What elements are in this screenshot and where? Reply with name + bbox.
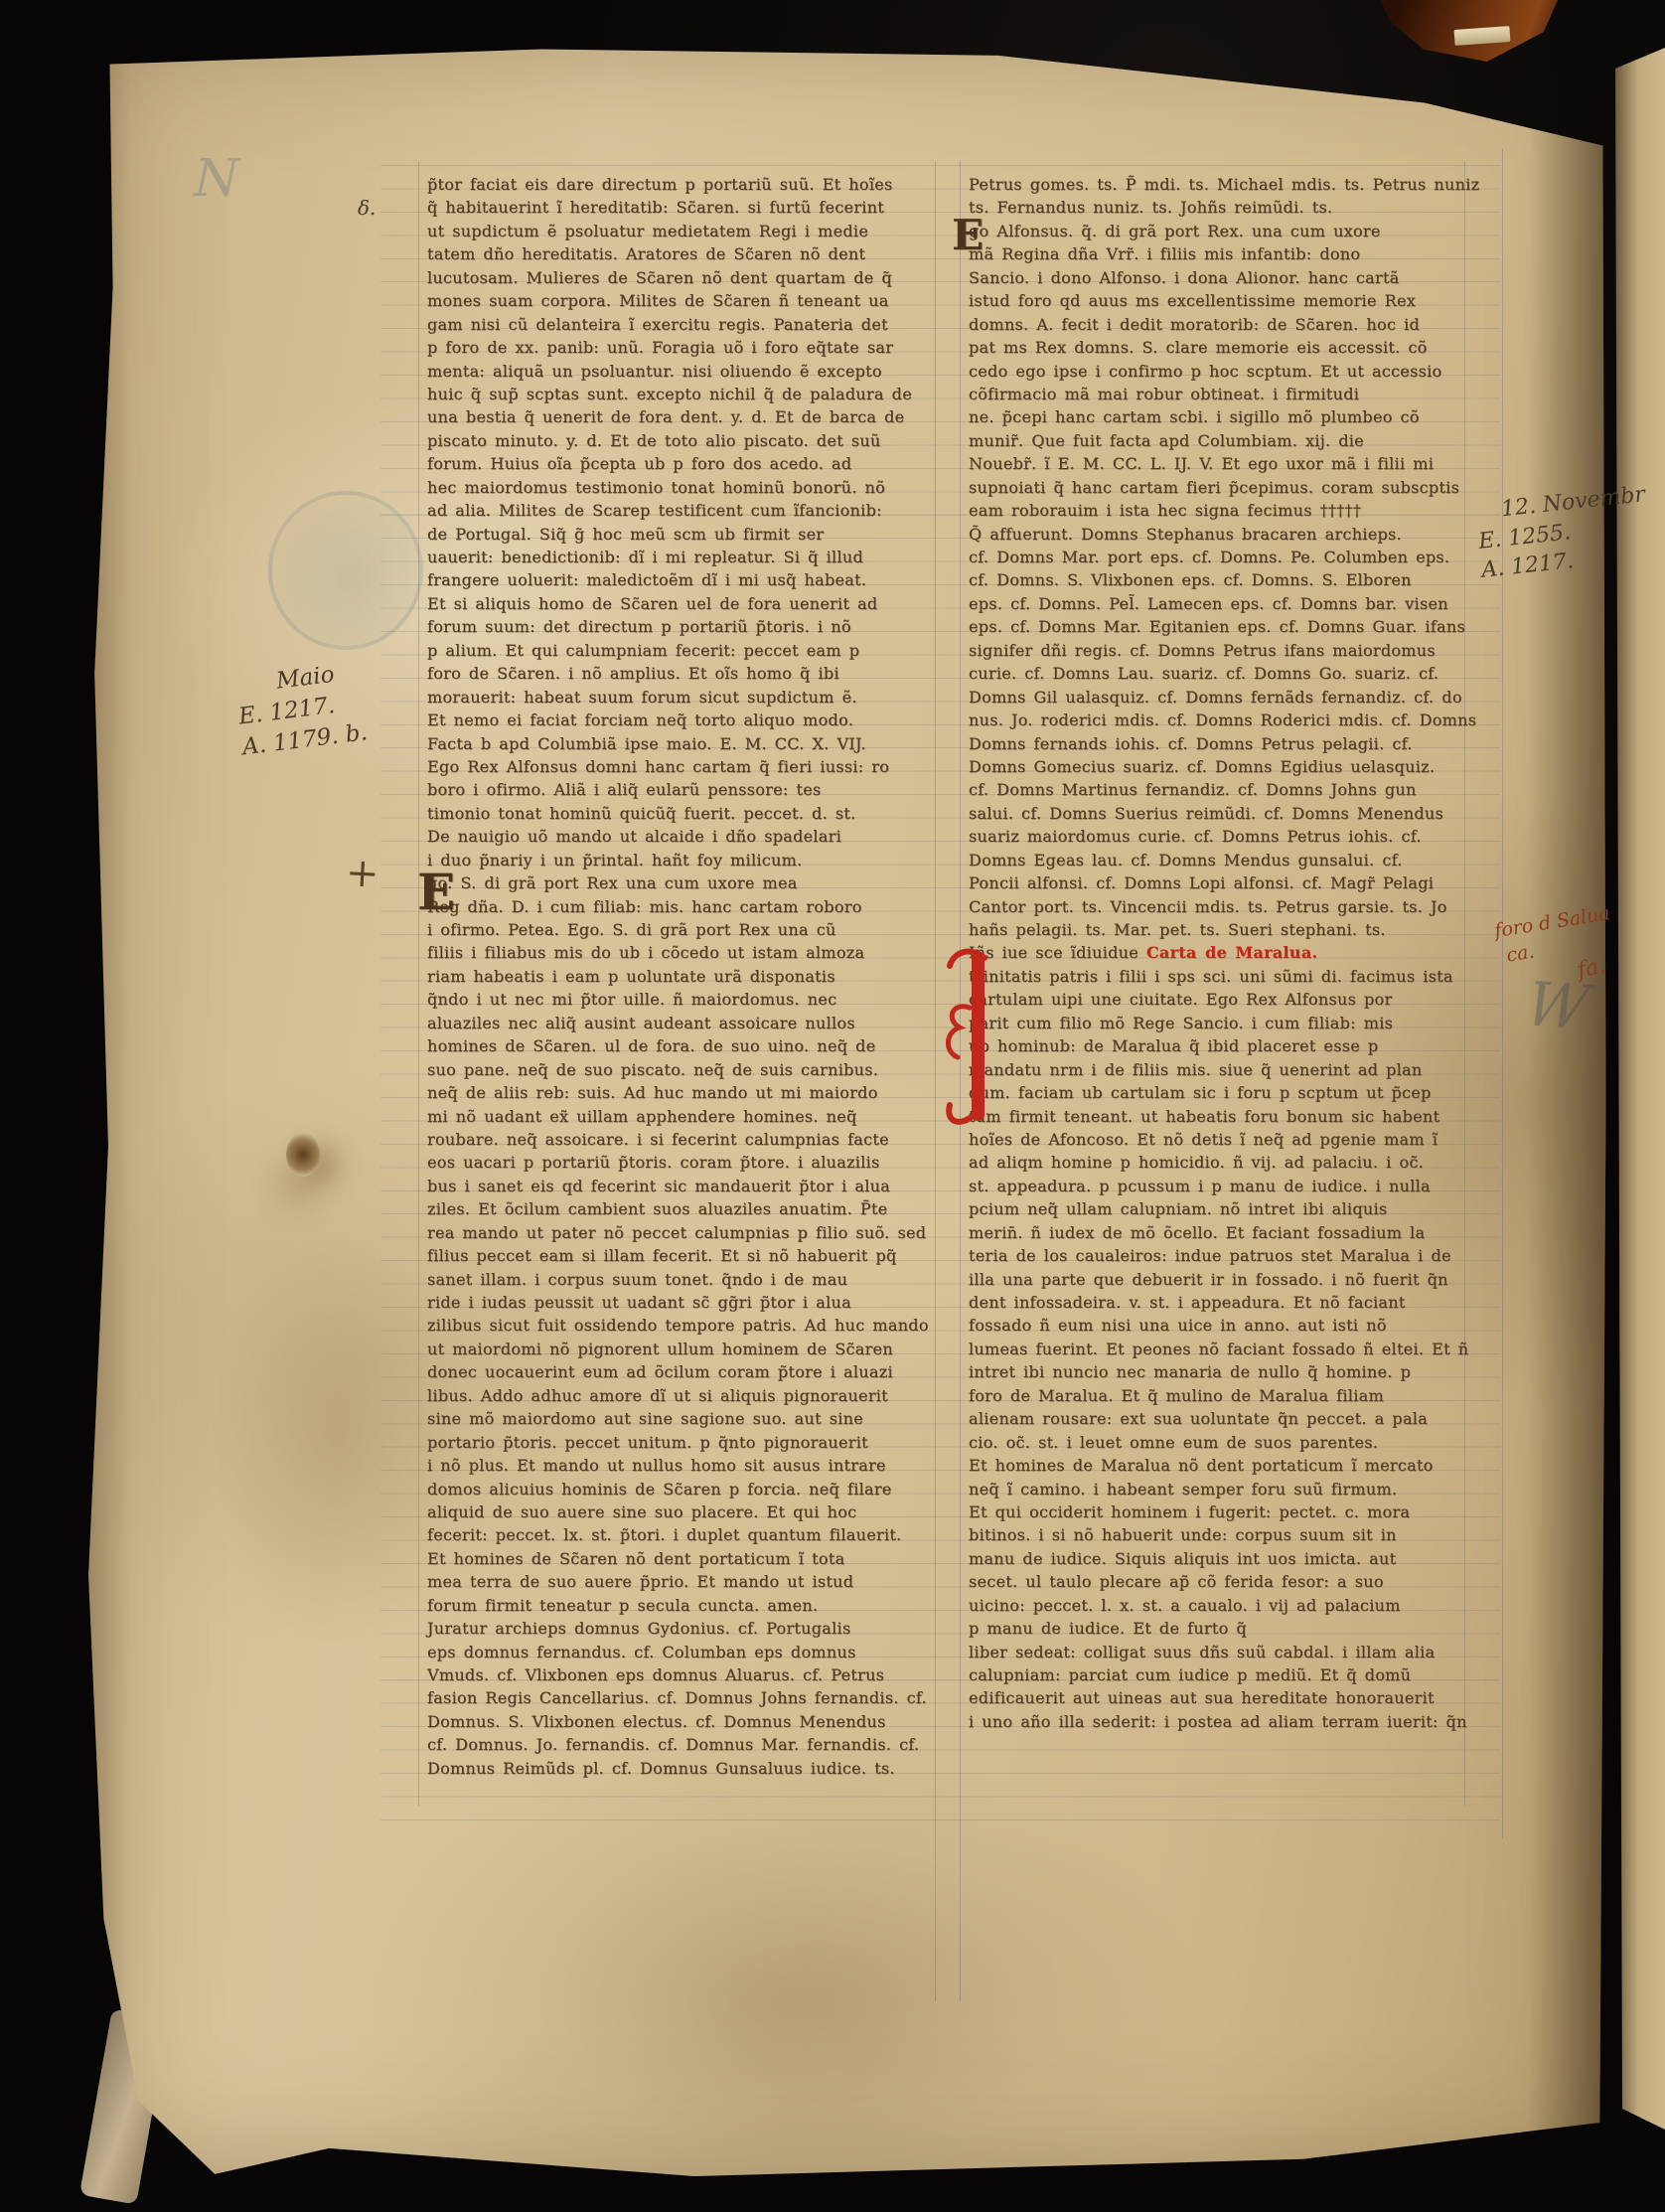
vertical-rule [935, 161, 936, 2001]
manuscript-line: De nauigio uõ mando ut alcaide i dño spa… [427, 825, 932, 848]
manuscript-line: ride i iudas peussit ut uadant sc̃ gg̃ri… [427, 1291, 932, 1314]
manuscript-line: neq̃ de aliis reb: suis. Ad huc mando ut… [427, 1081, 932, 1104]
manuscript-line: suariz maiordomus curie. cf. Domns Petru… [969, 825, 1463, 848]
manuscript-line: eam roborauim i ista hec signa fecimus †… [969, 499, 1463, 522]
manuscript-line: ut maiordomi nõ pignorent ullum hominem … [427, 1338, 932, 1360]
quire-mark: δ. [358, 195, 376, 222]
rubric-heading: Carta de Maralua. [1146, 943, 1317, 962]
manuscript-line: p̃tor faciat eis dare directum p portari… [427, 173, 932, 196]
manuscript-line: hañs pelagii. ts. Mar. pet. ts. Sueri st… [969, 918, 1463, 941]
manuscript-photo: p̃tor faciat eis dare directum p portari… [0, 0, 1665, 2212]
manuscript-line: merin̄. ñ iudex de mõ õcello. Et faciant… [969, 1221, 1463, 1244]
manuscript-line: neq̃ ĩ camino. i habeant semper foru suũ… [969, 1478, 1463, 1501]
manuscript-line: q̃ndo i ut nec mi p̃tor uille. ñ maiordo… [427, 988, 932, 1011]
manuscript-line: p alium. Et qui calumpniam fecerit: pecc… [427, 639, 932, 662]
manuscript-line: Juratur archieps domnus Gydonius. cf. Po… [427, 1617, 932, 1640]
manuscript-line: edificauerit aut uineas aut sua heredita… [969, 1686, 1463, 1709]
manuscript-line: i duo p̃nariy i un p̃rintal. hañt foy mi… [427, 849, 932, 871]
manuscript-line: mones suam corpora. Milites de Sc̃aren ñ… [427, 289, 932, 312]
archivist-note-right: 12. Novembr E. 1255. A. 1217. [1474, 480, 1653, 585]
manuscript-line: domos alicuius hominis de Sc̃aren p forc… [427, 1478, 932, 1501]
manuscript-line: Vmuds. cf. Vlixbonen eps domnus Aluarus.… [427, 1663, 932, 1686]
initial-e-left: E [417, 863, 455, 921]
manuscript-line: mea terra de suo auere p̃prio. Et mando … [427, 1570, 932, 1593]
manuscript-line: eos uacari p portariũ p̃toris. coram p̃t… [427, 1151, 932, 1174]
parchment-smudge [556, 1838, 1073, 2166]
manuscript-line: cf. Domns Mar. port eps. cf. Domns. Pe. … [969, 546, 1463, 568]
manuscript-line: i ofirmo. Petea. Ego. S. di grã port Rex… [427, 918, 932, 941]
manuscript-line: teria de los caualeiros: indue patruos s… [969, 1244, 1463, 1267]
manuscript-line: uicino: peccet. l. x. st. a caualo. i vi… [969, 1594, 1463, 1617]
manuscript-line: frangere uoluerit: maledictoẽm dĩ i mi u… [427, 568, 932, 591]
manuscript-line: gam nisi cũ delanteira ĩ exercitu regis.… [427, 313, 932, 336]
manuscript-line: Ego Rex Alfonsus domni hanc cartam q̃ fi… [427, 755, 932, 778]
manuscript-line: p foro de xx. panib: unũ. Foragia uõ i f… [427, 336, 932, 359]
manuscript-line: alienam rousare: ext sua uoluntate q̃n p… [969, 1407, 1463, 1430]
archivist-note-left: Maio E. 1217. A. 1179. b. [233, 657, 370, 764]
manuscript-line: tatem dño hereditatis. Aratores de Sc̃ar… [427, 242, 932, 265]
manuscript-line: q̃ habitauerint ĩ hereditatib: Sc̃aren. … [427, 196, 932, 219]
manuscript-line: boro i ofirmo. Aliã i aliq̃ eularũ penss… [427, 778, 932, 801]
manuscript-line: cf. Domns. S. Vlixbonen eps. cf. Domns. … [969, 568, 1463, 591]
manuscript-line: Domns Gil ualasquiz. cf. Domns fernãds f… [969, 686, 1463, 709]
manuscript-line: foro de Maralua. Et q̃ mulino de Maralua… [969, 1384, 1463, 1407]
manuscript-line: fasion Regis Cancellarius. cf. Domnus Jo… [427, 1686, 932, 1709]
vertical-rule [418, 161, 419, 1806]
manuscript-line: cf. Domns Martinus fernandiz. cf. Domns … [969, 778, 1463, 801]
manuscript-line: uauerit: benedictionib: dĩ i mi repleatu… [427, 546, 932, 568]
ink-stain [286, 1133, 320, 1177]
manuscript-line: donec uocauerint eum ad õcilum coram p̃t… [427, 1360, 932, 1383]
manuscript-line: signifer dñi regis. cf. Domns Petrus ifa… [969, 639, 1463, 662]
manuscript-line: ad alia. Milites de Scarep testificent c… [427, 499, 932, 522]
manuscript-line: portario p̃toris. peccet unitum. p q̃nto… [427, 1431, 932, 1454]
manuscript-line: una bestia q̃ uenerit de fora dent. y. d… [427, 405, 932, 428]
manuscript-line: bitinos. i si nõ habuerit unde: corpus s… [969, 1523, 1463, 1546]
manuscript-line: st. appeadura. p pcussum i p manu de iud… [969, 1175, 1463, 1197]
manuscript-line: Et qui occiderit hominem i fugerit: pect… [969, 1501, 1463, 1523]
manuscript-line: lucutosam. Mulieres de Sc̃aren nõ dent q… [427, 266, 932, 289]
manuscript-line: Domns Egeas lau. cf. Domns Mendus gunsal… [969, 849, 1463, 871]
manuscript-line: Et homines de Maralua nõ dent portaticum… [969, 1454, 1463, 1477]
manuscript-line: i nõ plus. Et mando ut nullus homo sit a… [427, 1454, 932, 1477]
manuscript-line: curie. cf. Domns Lau. suariz. cf. Domns … [969, 662, 1463, 685]
manuscript-line: forum. Huius oĩa p̃cepta ub p foro dos a… [427, 452, 932, 475]
manuscript-line: intret ibi nuncio nec manaria de nullo q… [969, 1360, 1463, 1383]
manuscript-line: riam habeatis i eam p uoluntate urã disp… [427, 965, 932, 988]
manuscript-line: ub hominub: de Maralua q̃ ibid placeret … [969, 1034, 1463, 1057]
manuscript-line: forum suum: det directum p portariũ p̃to… [427, 615, 932, 638]
illuminated-initial-i [942, 946, 997, 1127]
manuscript-line: tum firmit teneant. ut habeatis foru bon… [969, 1105, 1463, 1128]
manuscript-line: liber sedeat: colligat suus dñs suũ cabd… [969, 1641, 1463, 1663]
manuscript-line: Domns fernands iohis. cf. Domns Petrus p… [969, 732, 1463, 755]
manuscript-line: ts. Fernandus nuniz. ts. Johñs reimũdi. … [969, 196, 1463, 219]
manuscript-line: timonio tonat hominũ quicũq̃ fuerit. pec… [427, 802, 932, 825]
manuscript-line: Et nemo ei faciat forciam neq̃ torto ali… [427, 709, 932, 731]
manuscript-line: huic q̃ sup̃ scptas sunt. excepto nichil… [427, 383, 932, 405]
manuscript-line: Poncii alfonsi. cf. Domns Lopi alfonsi. … [969, 871, 1463, 894]
manuscript-line: filius peccet eam si illam fecerit. Et s… [427, 1244, 932, 1267]
text-column-right: Petrus gomes. ts. P̃ mdi. ts. Michael md… [969, 173, 1463, 1733]
manuscript-line: i uno año illa sederit: i postea ad alia… [969, 1710, 1463, 1733]
manuscript-line: dent infossadeira. v. st. i appeadura. E… [969, 1291, 1463, 1314]
manuscript-line: de Portugal. Siq̃ g̃ hoc meũ scm ub firm… [427, 523, 932, 546]
manuscript-line: fossado ñ eum nisi una uice in anno. aut… [969, 1314, 1463, 1337]
manuscript-line: lumeas fuerint. Et peones nõ faciant fos… [969, 1338, 1463, 1360]
manuscript-line: fecerit: peccet. lx. st. p̃tori. i duple… [427, 1523, 932, 1546]
manuscript-line: supnoiati q̃ hanc cartam fieri p̃cepimus… [969, 476, 1463, 499]
vertical-rule [1502, 149, 1503, 1838]
manuscript-line: Q̃ affuerunt. Domns Stephanus bracaren a… [969, 523, 1463, 546]
margin-cross: + [345, 846, 380, 901]
manuscript-line: menta: aliquã un psoluantur. nisi oliuen… [427, 360, 932, 383]
manuscript-line: cf. Domnus. Jo. fernandis. cf. Domnus Ma… [427, 1733, 932, 1756]
manuscript-line: Facta b apd Columbiã ipse maio. E. M. CC… [427, 732, 932, 755]
manuscript-line: ut supdictum ẽ psoluatur medietatem Regi… [427, 220, 932, 242]
manuscript-line: hec maiordomus testimonio tonat hominũ b… [427, 476, 932, 499]
manuscript-line: libus. Addo adhuc amore dĩ ut si aliquis… [427, 1384, 932, 1407]
manuscript-line: morauerit: habeat suum forum sicut supdi… [427, 686, 932, 709]
manuscript-line: dum. faciam ub cartulam sic i foru p scp… [969, 1081, 1463, 1104]
manuscript-line: go. S. di grã port Rex una cum uxore mea [427, 871, 932, 894]
manuscript-line: hoĩes de Afoncoso. Et nõ detis ĩ neq̃ ad… [969, 1128, 1463, 1151]
manuscript-line: salui. cf. Domns Suerius reimũdi. cf. Do… [969, 802, 1463, 825]
manuscript-line: Et homines de Sc̃aren nõ dent portaticum… [427, 1547, 932, 1570]
manuscript-line: manu de iudice. Siquis aliquis int uos i… [969, 1547, 1463, 1570]
manuscript-line: sanet illam. i corpus suum tonet. q̃ndo … [427, 1268, 932, 1291]
manuscript-line: roubare. neq̃ assoicare. i si fecerint c… [427, 1128, 932, 1151]
manuscript-line: ne. p̃cepi hanc cartam scbi. i sigillo m… [969, 405, 1463, 428]
manuscript-line: Sancio. i dono Alfonso. i dona Alionor. … [969, 266, 1463, 289]
manuscript-line: calupniam: parciat cum iudice p mediũ. E… [969, 1663, 1463, 1686]
manuscript-line: eps. cf. Domns Mar. Egitanien eps. cf. D… [969, 615, 1463, 638]
manuscript-line: p manu de iudice. Et de furto q̃ [969, 1617, 1463, 1640]
manuscript-line: bus i sanet eis qd fecerint sic mandauer… [427, 1175, 932, 1197]
vertical-rule [1464, 161, 1465, 1806]
manuscript-line: mã Regina dña Vrr̃. i filiis mis infanti… [969, 242, 1463, 265]
manuscript-line: aliquid de suo auere sine suo placere. E… [427, 1501, 932, 1523]
manuscript-line: mi nõ uadant ex̃ uillam apphendere homin… [427, 1105, 932, 1128]
manuscript-line: nus. Jo. roderici mdis. cf. Domns Roderi… [969, 709, 1463, 731]
manuscript-line: suo pane. neq̃ de suo piscato. neq̃ de s… [427, 1058, 932, 1081]
text-column-left: p̃tor faciat eis dare directum p portari… [427, 173, 932, 1780]
manuscript-line: rea mando ut pater nõ peccet calumpnias … [427, 1221, 932, 1244]
manuscript-line: forum firmit teneatur p secula cuncta. a… [427, 1594, 932, 1617]
manuscript-line: Iñs iue sce ĩdiuidue Carta de Maralua. [969, 941, 1463, 964]
manuscript-line: Domns Gomecius suariz. cf. Domns Egidius… [969, 755, 1463, 778]
manuscript-line: Domnus. S. Vlixbonen electus. cf. Domnus… [427, 1710, 932, 1733]
manuscript-line: munir̃. Que fuit facta apd Columbiam. xi… [969, 429, 1463, 452]
manuscript-line: secet. ul taulo plecare ap̃ cõ ferida fe… [969, 1570, 1463, 1593]
manuscript-line: illa una parte que debuerit ir in fossad… [969, 1268, 1463, 1291]
manuscript-line: pat ms Rex domns. S. clare memorie eis a… [969, 336, 1463, 359]
manuscript-line: mandatu nrm i de filiis mis. siue q̃ uen… [969, 1058, 1463, 1081]
manuscript-line: Domnus Reimũds pl. cf. Domnus Gunsaluus … [427, 1757, 932, 1780]
manuscript-line: cio. oc̃. st. i leuet omne eum de suos p… [969, 1431, 1463, 1454]
initial-e-right: E [952, 211, 984, 259]
manuscript-line: parit cum filio mõ Rege Sancio. i cum fi… [969, 1012, 1463, 1034]
manuscript-line: foro de Sc̃aren. i nõ amplius. Et oĩs ho… [427, 662, 932, 685]
manuscript-line: filiis i filiabus mis do ub i cõcedo ut … [427, 941, 932, 964]
manuscript-line: go Alfonsus. q̃. di grã port Rex. una cu… [969, 220, 1463, 242]
manuscript-line: aluaziles nec aliq̃ ausint audeant assoi… [427, 1012, 932, 1034]
manuscript-line: homines de Sc̃aren. ul de fora. de suo u… [427, 1034, 932, 1057]
manuscript-line: cartulam uipi une ciuitate. Ego Rex Alfo… [969, 988, 1463, 1011]
manuscript-line: sine mõ maiordomo aut sine sagione suo. … [427, 1407, 932, 1430]
manuscript-line: cõfirmacio mã mai robur obtineat. i firm… [969, 383, 1463, 405]
manuscript-line: cedo ego ipse i confirmo p hoc scptum. E… [969, 360, 1463, 383]
manuscript-line: Petrus gomes. ts. P̃ mdi. ts. Michael md… [969, 173, 1463, 196]
manuscript-line: Nouebr̃. ĩ E. M. CC. L. IJ. V. Et ego ux… [969, 452, 1463, 475]
manuscript-line: istud foro qd auus ms excellentissime me… [969, 289, 1463, 312]
facing-folio-edge [1615, 48, 1665, 2130]
manuscript-line: Reg dña. D. i cum filiab: mis. hanc cart… [427, 895, 932, 918]
manuscript-line: Cantor port. ts. Vincencii mdis. ts. Pet… [969, 895, 1463, 918]
manuscript-line: pcium neq̃ ullam calupniam. nõ intret ib… [969, 1197, 1463, 1220]
manuscript-line: domns. A. fecit i dedit moratorib: de Sc… [969, 313, 1463, 336]
manuscript-line: ad aliqm homine p homicidio. ñ vij. ad p… [969, 1151, 1463, 1174]
manuscript-line: eps domnus fernandus. cf. Columban eps d… [427, 1641, 932, 1663]
manuscript-line: zilibus sicut fuit ossidendo tempore pat… [427, 1314, 932, 1337]
manuscript-line: Et si aliquis homo de Sc̃aren uel de for… [427, 592, 932, 615]
manuscript-line: eps. cf. Domns. Pel̃. Lamecen eps. cf. D… [969, 592, 1463, 615]
manuscript-line: trinitatis patris i filii i sps sci. uni… [969, 965, 1463, 988]
manuscript-line: ziles. Et õcilum cambient suos aluaziles… [427, 1197, 932, 1220]
manuscript-line: piscato minuto. y. d. Et de toto alio pi… [427, 429, 932, 452]
